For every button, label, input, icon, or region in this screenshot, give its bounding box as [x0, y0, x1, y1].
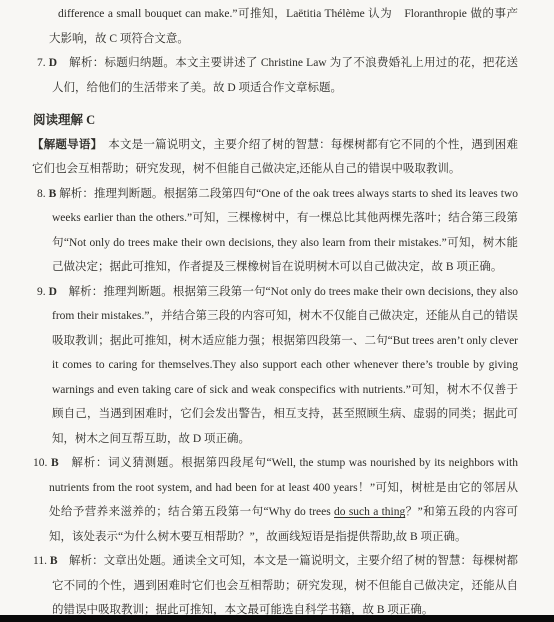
- text-segment: 10.: [33, 457, 51, 469]
- text-segment: 知，树木之间互帮互助，故 D 项正确。: [52, 433, 250, 445]
- text-segment: 句“Not only do trees make their own decis…: [52, 237, 518, 256]
- bold-text-segment: B: [51, 457, 59, 469]
- text-segment: 7.: [37, 57, 49, 69]
- text-line: 人们，给他们的生活带来了美。故 D 项适合作文章标题。: [0, 76, 554, 101]
- text-segment: 大影响，故 C 项符合文意。: [49, 33, 189, 45]
- text-segment: difference a small bouquet can make.”可推知…: [58, 8, 518, 27]
- text-segment: 它们也会互相帮助；研究发现，树不但能自己做决定,还能从自己的错误中吸取教训。: [32, 163, 460, 175]
- text-segment: nutrients from the root system, and had …: [49, 482, 518, 501]
- text-segment: weeks earlier than the others.”可知，三棵橡树中，…: [52, 212, 518, 231]
- text-line: 知，该处表示“为什么树木要互相帮助？”，故画线短语是指提供帮助,故 B 项正确。: [0, 525, 554, 550]
- text-line: weeks earlier than the others.”可知，三棵橡树中，…: [0, 206, 554, 231]
- text-segment: from their mistakes.”，并结合第三段的内容可知，树木不仅能自…: [52, 310, 518, 329]
- text-line: from their mistakes.”，并结合第三段的内容可知，树木不仅能自…: [0, 304, 554, 329]
- text-segment: 8.: [37, 188, 49, 200]
- text-line: 10. B 解析：词义猜测题。根据第四段尾句“Well, the stump w…: [0, 451, 554, 476]
- text-line: 吸取教训；据此可推知，树木适应能力强；根据第四段第一、二句“But trees …: [0, 329, 554, 354]
- text-segment: 知，该处表示“为什么树木要互相帮助？”，故画线短语是指提供帮助,故 B 项正确。: [49, 531, 467, 543]
- text-line: difference a small bouquet can make.”可推知…: [0, 2, 554, 27]
- text-segment: ？”和第五段的内容可: [405, 506, 518, 518]
- text-line: 11. B 解析：文章出处题。通读全文可知，本文是一篇说明文，主要介绍了树的智慧…: [0, 549, 554, 574]
- text-segment: 解析：词义猜测题。根据第四段尾句“Well, the stump was nou…: [59, 457, 518, 469]
- text-line: 8. B 解析：推理判断题。根据第二段第四句“One of the oak tr…: [0, 182, 554, 207]
- text-segment: 11.: [33, 555, 50, 567]
- bold-text-segment: 阅读理解 C: [33, 113, 95, 127]
- text-line: 知，树木之间互帮互助，故 D 项正确。: [0, 427, 554, 452]
- text-line: 大影响，故 C 项符合文意。: [0, 27, 554, 52]
- text-line: 它们也会互相帮助；研究发现，树不但能自己做决定,还能从自己的错误中吸取教训。: [0, 157, 554, 182]
- text-line: 7. D 解析：标题归纳题。本文主要讲述了 Christine Law 为了不浪…: [0, 51, 554, 76]
- text-segment: 解析：推理判断题。根据第三段第一句“Not only do trees make…: [37, 286, 518, 305]
- bold-text-segment: D: [49, 57, 57, 69]
- text-line: 【解题导语】 本文是一篇说明文，主要介绍了树的智慧：每棵树都有它不同的个性，遇到…: [0, 133, 554, 158]
- bold-text-segment: B: [50, 555, 58, 567]
- section-heading: 阅读理解 C: [0, 108, 554, 133]
- text-segment: 解析：推理判断题。根据第二段第四句“One of the oak trees a…: [56, 188, 518, 200]
- text-line: it comes to caring for themselves.They a…: [0, 353, 554, 378]
- text-segment: 解析：文章出处题。通读全文可知，本文是一篇说明文，主要介绍了树的智慧：每棵树都有: [33, 555, 518, 574]
- text-segment: 解析：标题归纳题。本文主要讲述了 Christine Law 为了不浪费婚礼上用…: [37, 57, 518, 76]
- answer-key-document: difference a small bouquet can make.”可推知…: [0, 0, 554, 622]
- text-segment: warnings and even taking care of sick an…: [52, 384, 518, 403]
- text-line: 顾自己，当遇到困难时，它们会发出警告，相互支持，甚至照顾生病、虚弱的同类；据此可…: [0, 402, 554, 427]
- text-segment: 它不同的个性，遇到困难时它们也会互相帮助；研究发现，树不但能自己做决定，还能从自…: [52, 580, 518, 599]
- text-line: 句“Not only do trees make their own decis…: [0, 231, 554, 256]
- text-segment: 处给予营养来滋养的；结合第五段第一句“Why do trees: [49, 506, 334, 518]
- text-line: 它不同的个性，遇到困难时它们也会互相帮助；研究发现，树不但能自己做决定，还能从自…: [0, 574, 554, 599]
- text-segment: 9.: [37, 286, 49, 298]
- text-line: 9. D 解析：推理判断题。根据第三段第一句“Not only do trees…: [0, 280, 554, 305]
- text-line: warnings and even taking care of sick an…: [0, 378, 554, 403]
- underlined-phrase: do such a thing: [334, 506, 405, 518]
- bold-text-segment: 【解题导语】: [32, 139, 97, 151]
- text-segment: 己做决定；据此可推知，作者提及三棵橡树旨在说明树木可以自己做决定，故 B 项正确…: [52, 261, 502, 273]
- bold-text-segment: D: [49, 286, 57, 298]
- text-segment: 人们，给他们的生活带来了美。故 D 项适合作文章标题。: [52, 82, 342, 94]
- text-segment: 吸取教训；据此可推知，树木适应能力强；根据第四段第一、二句“But trees …: [52, 335, 518, 354]
- text-segment: 本文是一篇说明文，主要介绍了树的智慧：每棵树都有它不同的个性，遇到困难时: [32, 139, 518, 158]
- page-bottom-border: [0, 615, 554, 622]
- text-line: nutrients from the root system, and had …: [0, 476, 554, 501]
- text-line: 处给予营养来滋养的；结合第五段第一句“Why do trees do such …: [0, 500, 554, 525]
- text-segment: it comes to caring for themselves.They a…: [52, 359, 518, 371]
- text-segment: 顾自己，当遇到困难时，它们会发出警告，相互支持，甚至照顾生病、虚弱的同类；据此可…: [52, 408, 518, 427]
- text-line: 己做决定；据此可推知，作者提及三棵橡树旨在说明树木可以自己做决定，故 B 项正确…: [0, 255, 554, 280]
